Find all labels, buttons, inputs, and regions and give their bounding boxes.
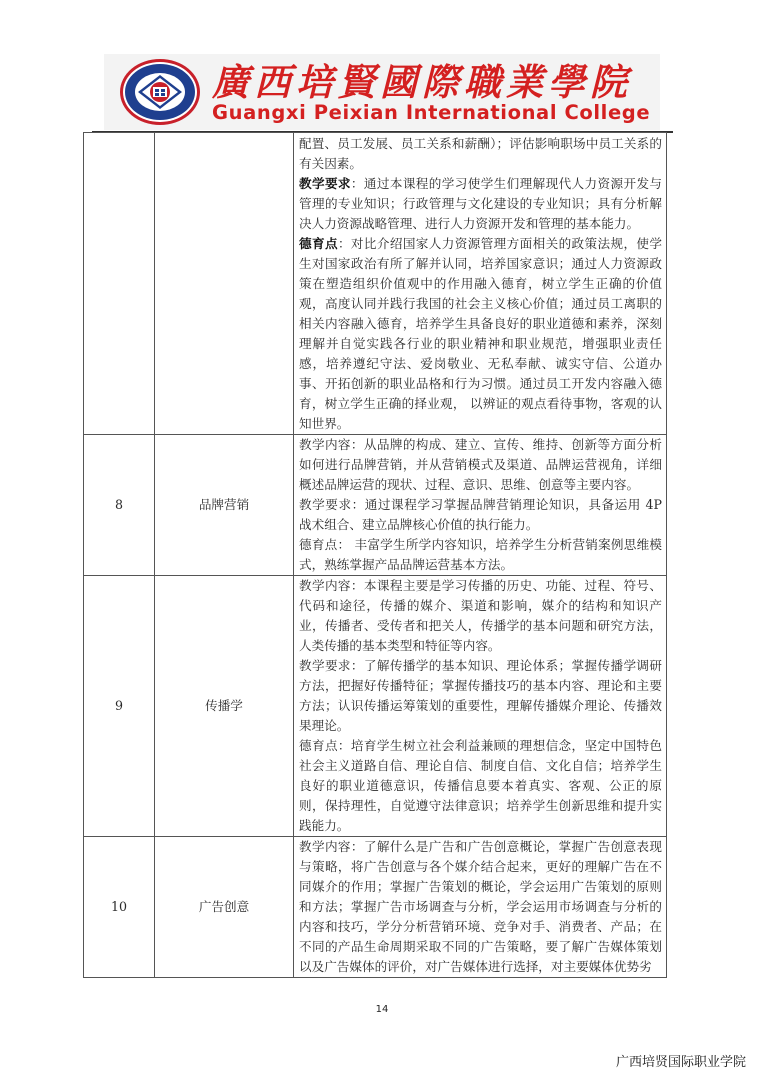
course-name: 广告创意 xyxy=(155,837,294,978)
course-table: 配置、员工发展、员工关系和薪酬）；评估影响职场中员工关系的有关因素。 教学要求：… xyxy=(83,132,667,978)
college-logo-icon xyxy=(114,56,206,128)
description-paragraph: 教学内容：本课程主要是学习传播的历史、功能、过程、符号、代码和途径，传播的媒介、… xyxy=(299,576,662,656)
paragraph-label: 教学要求 xyxy=(299,176,351,191)
table-row: 9 传播学 教学内容：本课程主要是学习传播的历史、功能、过程、符号、代码和途径，… xyxy=(84,576,667,837)
course-number: 8 xyxy=(84,435,155,576)
description-paragraph: 德育点： 丰富学生所学内容知识，培养学生分析营销案例思维模式，熟练掌握产品品牌运… xyxy=(299,535,662,575)
course-name xyxy=(155,133,294,435)
description-paragraph: 配置、员工发展、员工关系和薪酬）；评估影响职场中员工关系的有关因素。 xyxy=(299,134,662,174)
description-paragraph: 教学要求：通过课程学习掌握品牌营销理论知识，具备运用 4P 战术组合、建立品牌核… xyxy=(299,495,662,535)
table-row: 8 品牌营销 教学内容：从品牌的构成、建立、宣传、维持、创新等方面分析如何进行品… xyxy=(84,435,667,576)
description-paragraph: 教学内容：了解什么是广告和广告创意概论，掌握广告创意表现与策略，将广告创意与各个… xyxy=(299,837,662,977)
description-paragraph: 德育点：培育学生树立社会利益兼顾的理想信念，坚定中国特色社会主义道路自信、理论自… xyxy=(299,736,662,836)
table-row: 10 广告创意 教学内容：了解什么是广告和广告创意概论，掌握广告创意表现与策略，… xyxy=(84,837,667,978)
table-row: 配置、员工发展、员工关系和薪酬）；评估影响职场中员工关系的有关因素。 教学要求：… xyxy=(84,133,667,435)
course-description: 教学内容：从品牌的构成、建立、宣传、维持、创新等方面分析如何进行品牌营销，并从营… xyxy=(294,435,667,576)
course-name: 品牌营销 xyxy=(155,435,294,576)
paragraph-label: 德育点 xyxy=(299,236,338,251)
course-number xyxy=(84,133,155,435)
paragraph-text: ：对比介绍国家人力资源管理方面相关的政策法规，使学生对国家政治有所了解并认同，培… xyxy=(299,236,662,431)
course-name: 传播学 xyxy=(155,576,294,837)
college-title-chinese: 廣西培賢國際職業學院 xyxy=(212,60,650,104)
college-title: 廣西培賢國際職業學院 Guangxi Peixian International… xyxy=(212,60,650,124)
paragraph-text: ：通过本课程的学习使学生们理解现代人力资源开发与管理的专业知识；行政管理与文化建… xyxy=(299,176,662,231)
course-number: 10 xyxy=(84,837,155,978)
page-number: 14 xyxy=(0,1004,764,1015)
description-paragraph: 德育点：对比介绍国家人力资源管理方面相关的政策法规，使学生对国家政治有所了解并认… xyxy=(299,234,662,434)
course-description: 教学内容：本课程主要是学习传播的历史、功能、过程、符号、代码和途径，传播的媒介、… xyxy=(294,576,667,837)
footer-school-name: 广西培贤国际职业学院 xyxy=(616,1051,746,1070)
course-description: 教学内容：了解什么是广告和广告创意概论，掌握广告创意表现与策略，将广告创意与各个… xyxy=(294,837,667,978)
header-banner: 廣西培賢國際職業學院 Guangxi Peixian International… xyxy=(104,54,660,130)
description-paragraph: 教学要求：了解传播学的基本知识、理论体系；掌握传播学调研方法，把握好传播特征；掌… xyxy=(299,656,662,736)
description-paragraph: 教学要求：通过本课程的学习使学生们理解现代人力资源开发与管理的专业知识；行政管理… xyxy=(299,174,662,234)
description-paragraph: 教学内容：从品牌的构成、建立、宣传、维持、创新等方面分析如何进行品牌营销，并从营… xyxy=(299,435,662,495)
college-title-english: Guangxi Peixian International College xyxy=(212,102,650,124)
course-description: 配置、员工发展、员工关系和薪酬）；评估影响职场中员工关系的有关因素。 教学要求：… xyxy=(294,133,667,435)
course-number: 9 xyxy=(84,576,155,837)
